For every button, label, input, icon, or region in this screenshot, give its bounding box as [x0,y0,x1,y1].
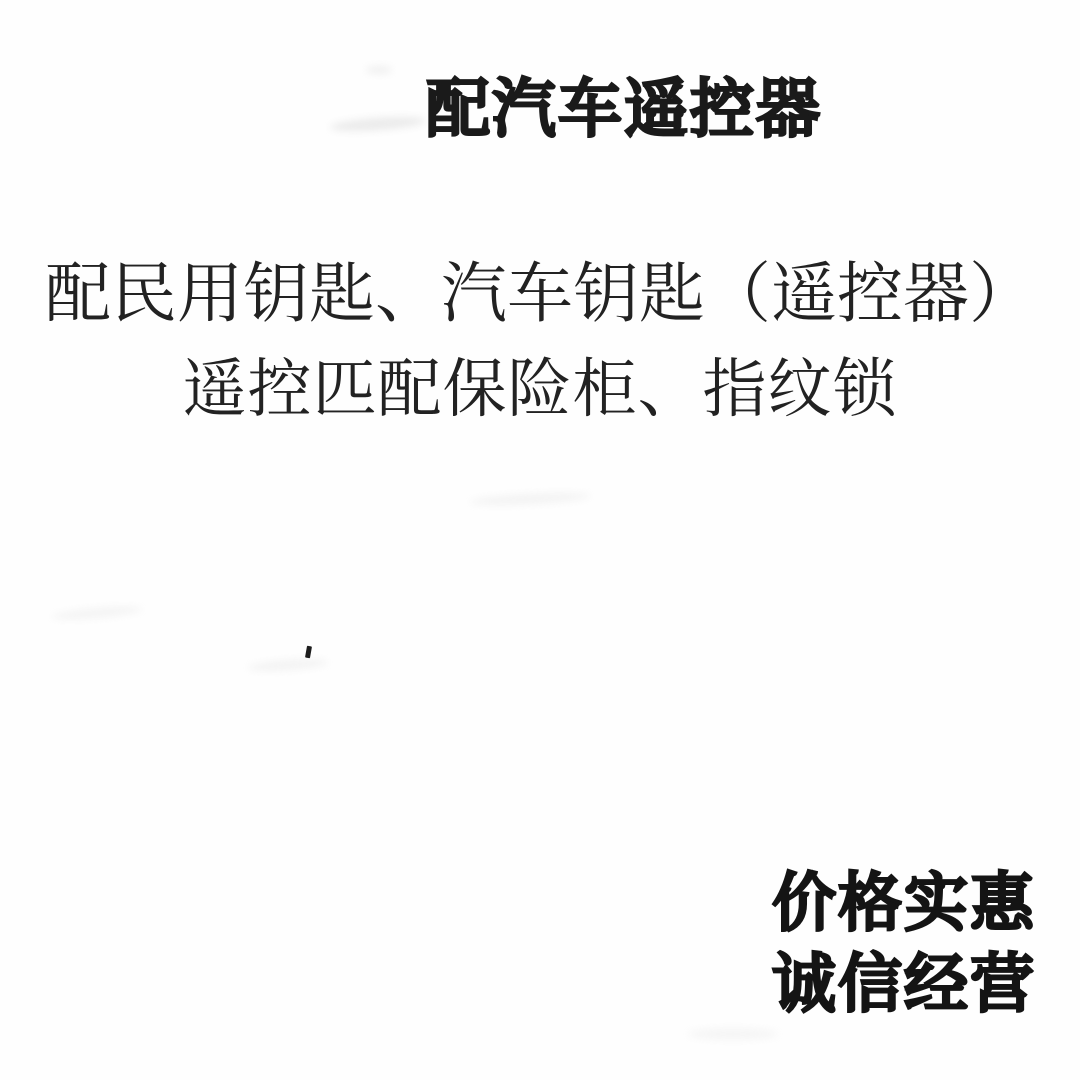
services-line-1: 配民用钥匙、汽车钥匙（遥控器） [0,246,1080,342]
scan-smudge-artifact [470,491,590,507]
services-line-2: 遥控匹配保险柜、指纹锁 [0,342,1080,438]
scan-smudge-artifact [688,1028,778,1040]
slogan-line-1: 价格实惠 [772,864,1036,945]
slogan-line-2: 诚信经营 [772,945,1036,1026]
scan-smudge-artifact [366,66,392,74]
page-title: 配汽车遥控器 [0,58,1080,150]
flyer-canvas: 配汽车遥控器 配民用钥匙、汽车钥匙（遥控器） 遥控匹配保险柜、指纹锁 价格实惠 … [0,0,1080,1080]
ink-speck-artifact [305,646,312,659]
services-text-block: 配民用钥匙、汽车钥匙（遥控器） 遥控匹配保险柜、指纹锁 [0,246,1080,438]
scan-smudge-artifact [52,604,143,622]
scan-smudge-artifact [248,657,329,673]
slogan-text-block: 价格实惠 诚信经营 [772,864,1036,1026]
